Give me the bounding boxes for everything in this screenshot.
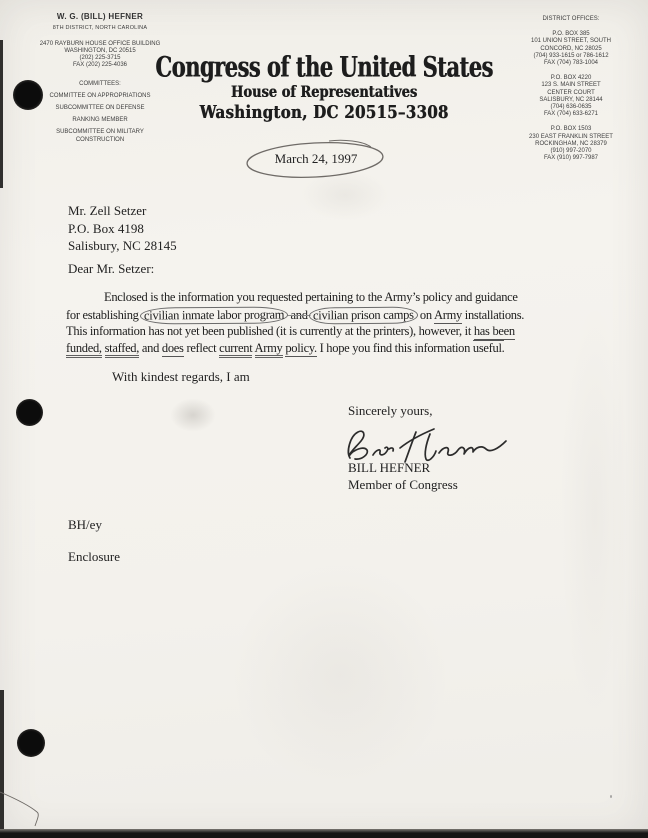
scan-edge-bottom	[0, 829, 648, 838]
scan-smudge	[560, 300, 630, 720]
scanned-letter-page: W. G. (BILL) HEFNER 8TH DISTRICT, NORTH …	[0, 0, 648, 838]
closing-line: With kindest regards, I am	[112, 369, 250, 385]
signer-title: Member of Congress	[348, 477, 458, 493]
pen-oval-annotation: civilian prison camps	[309, 307, 418, 325]
masthead-title: Congress of the United States	[150, 50, 498, 83]
pen-underline: does	[162, 341, 184, 357]
pen-oval-annotation: civilian inmate labor program	[140, 306, 288, 324]
committee-line: CONSTRUCTION	[28, 137, 172, 144]
pen-underline: Army	[255, 341, 283, 358]
pen-overline: useful.	[473, 340, 505, 355]
body-text: Enclosed is the information you requeste…	[104, 290, 518, 304]
office-line: 101 UNION STREET, SOUTH	[500, 38, 642, 45]
body-line-2: for establishing civilian inmate labor p…	[66, 307, 524, 324]
body-text: reflect	[184, 341, 219, 355]
office-line: SALISBURY, NC 28144	[500, 97, 642, 104]
office-line: 230 EAST FRANKLIN STREET	[500, 134, 642, 141]
district-offices-block: DISTRICT OFFICES: P.O. BOX 385 101 UNION…	[500, 16, 642, 162]
body-line-1: Enclosed is the information you requeste…	[66, 290, 518, 305]
hole-punch-bottom	[17, 729, 45, 757]
office-line: FAX (910) 997-7987	[500, 155, 642, 162]
district-offices-label: DISTRICT OFFICES:	[500, 16, 642, 23]
office-line: P.O. BOX 1503	[500, 126, 642, 133]
typist-initials: BH/ey	[68, 517, 102, 533]
office-line: ROCKINGHAM, NC 28379	[500, 141, 642, 148]
office-line: P.O. BOX 4220	[500, 75, 642, 82]
body-text: installations.	[462, 308, 524, 322]
pen-underline: current	[219, 341, 252, 358]
office-line: FAX (704) 633-6271	[500, 111, 642, 118]
body-text: and	[288, 308, 311, 322]
member-name: W. G. (BILL) HEFNER	[28, 12, 172, 21]
hole-punch-middle	[16, 399, 43, 426]
district-office-rockingham: P.O. BOX 1503 230 EAST FRANKLIN STREET R…	[500, 126, 642, 162]
body-line-4: funded, staffed, and does reflect curren…	[66, 341, 504, 356]
district-office-concord: P.O. BOX 385 101 UNION STREET, SOUTH CON…	[500, 31, 642, 67]
signer-name: BILL HEFNER	[348, 460, 430, 476]
masthead-subtitle: House of Representatives	[150, 84, 498, 102]
office-line: P.O. BOX 385	[500, 31, 642, 38]
body-text: on	[417, 308, 434, 322]
district-office-salisbury: P.O. BOX 4220 123 S. MAIN STREET CENTER …	[500, 75, 642, 118]
office-line: 123 S. MAIN STREET	[500, 82, 642, 89]
letter-date: March 24, 1997	[255, 151, 377, 167]
enclosure-notation: Enclosure	[68, 549, 120, 565]
office-line: FAX (704) 783-1004	[500, 60, 642, 67]
pen-underline: staffed,	[105, 341, 140, 358]
recipient-line: P.O. Box 4198	[68, 220, 177, 238]
scan-speck	[610, 795, 612, 798]
recipient-address: Mr. Zell Setzer P.O. Box 4198 Salisbury,…	[68, 202, 177, 255]
office-line: CENTER COURT	[500, 90, 642, 97]
office-line: (704) 933-1615 or 786-1612	[500, 53, 642, 60]
scan-smudge	[170, 398, 216, 432]
office-line: (704) 636-0635	[500, 104, 642, 111]
masthead-address: Washington, DC 20515–3308	[150, 102, 498, 123]
pen-underline: funded,	[66, 341, 102, 358]
address-line: 2470 RAYBURN HOUSE OFFICE BUILDING	[28, 41, 172, 48]
scan-edge-left-top	[0, 40, 3, 188]
scan-smudge	[230, 560, 450, 790]
body-line-3: This information has not yet been publis…	[66, 324, 515, 339]
salutation: Dear Mr. Setzer:	[68, 261, 154, 277]
member-district: 8TH DISTRICT, NORTH CAROLINA	[28, 25, 172, 31]
body-text: and	[139, 341, 162, 355]
scan-scratch-line	[0, 780, 60, 835]
office-line: (910) 997-2070	[500, 148, 642, 155]
pen-underline: Army	[434, 308, 462, 324]
office-line: CONCORD, NC 28025	[500, 46, 642, 53]
recipient-line: Mr. Zell Setzer	[68, 202, 177, 220]
body-text: This information has not yet been publis…	[66, 324, 474, 338]
recipient-line: Salisbury, NC 28145	[68, 237, 177, 255]
signoff: Sincerely yours,	[348, 403, 432, 419]
pen-underline: policy.	[285, 341, 316, 357]
pen-underline: has been	[474, 324, 515, 340]
body-text: for establishing	[66, 308, 141, 322]
committee-line: SUBCOMMITTEE ON MILITARY	[28, 129, 172, 136]
body-text: I hope you find this information	[317, 341, 473, 355]
